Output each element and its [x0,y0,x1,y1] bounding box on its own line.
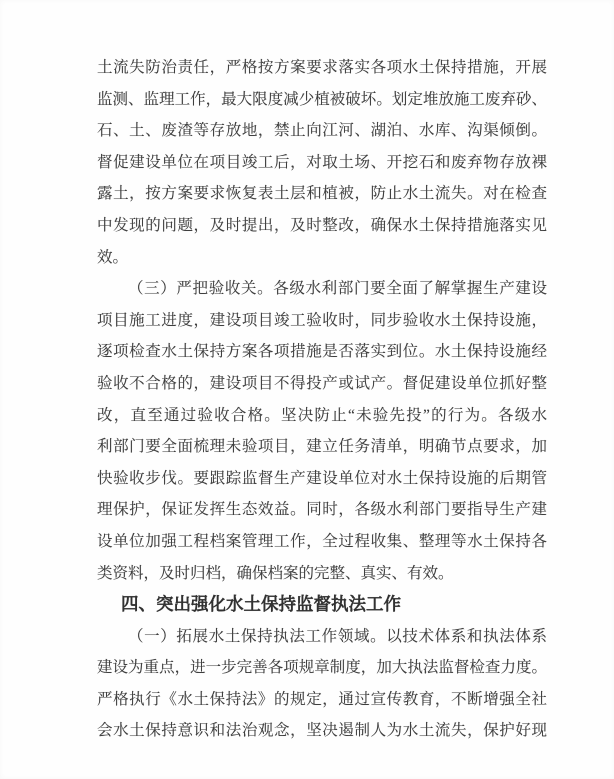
text-line: 逐项检查水土保持方案各项措施是否落实到位。水土保持设施经 [97,336,547,368]
text-line: 会水土保持意识和法治观念，坚决遏制人为水土流失，保护好现 [97,715,547,747]
text-line: 土流失防治责任，严格按方案要求落实各项水土保持措施，开展 [97,52,547,84]
text-line: （一）拓展水土保持执法工作领域。以技术体系和执法体系 [97,621,547,653]
text-line: 设单位加强工程档案管理工作，全过程收集、整理等水土保持各 [97,526,547,558]
text-line: 监测、监理工作，最大限度减少植被破坏。划定堆放施工废弃砂、 [97,84,547,116]
text-line: 项目施工进度，建设项目竣工验收时，同步验收水土保持设施， [97,305,547,337]
text-line: 验收不合格的，建设项目不得投产或试产。督促建设单位抓好整 [97,368,547,400]
text-line: 改，直至通过验收合格。坚决防止“未验先投”的行为。各级水 [97,400,547,432]
text-line: 中发现的问题，及时提出，及时整改，确保水土保持措施落实见 [97,210,547,242]
text-line: 露土，按方案要求恢复表土层和植被，防止水土流失。对在检查 [97,178,547,210]
section-heading: 四、突出强化水土保持监督执法工作 [97,589,547,621]
text-line: 石、土、废渣等存放地，禁止向江河、湖泊、水库、沟渠倾倒。 [97,115,547,147]
text-line: 建设为重点，进一步完善各项规章制度，加大执法监督检查力度。 [97,652,547,684]
text-line: 理保护，保证发挥生态效益。同时，各级水利部门要指导生产建 [97,494,547,526]
text-line: 类资料，及时归档，确保档案的完整、真实、有效。 [97,558,547,590]
text-line: 严格执行《水土保持法》的规定，通过宣传教育，不断增强全社 [97,684,547,716]
text-line: 快验收步伐。要跟踪监督生产建设单位对水土保持设施的后期管 [97,463,547,495]
document-page: 土流失防治责任，严格按方案要求落实各项水土保持措施，开展监测、监理工作，最大限度… [0,0,614,779]
document-body: 土流失防治责任，严格按方案要求落实各项水土保持措施，开展监测、监理工作，最大限度… [97,52,547,747]
text-line: 督促建设单位在项目竣工后，对取土场、开挖石和废弃物存放裸 [97,147,547,179]
text-line: 利部门要全面梳理未验项目，建立任务清单，明确节点要求，加 [97,431,547,463]
text-line: 效。 [97,242,547,274]
text-line: （三）严把验收关。各级水利部门要全面了解掌握生产建设 [97,273,547,305]
